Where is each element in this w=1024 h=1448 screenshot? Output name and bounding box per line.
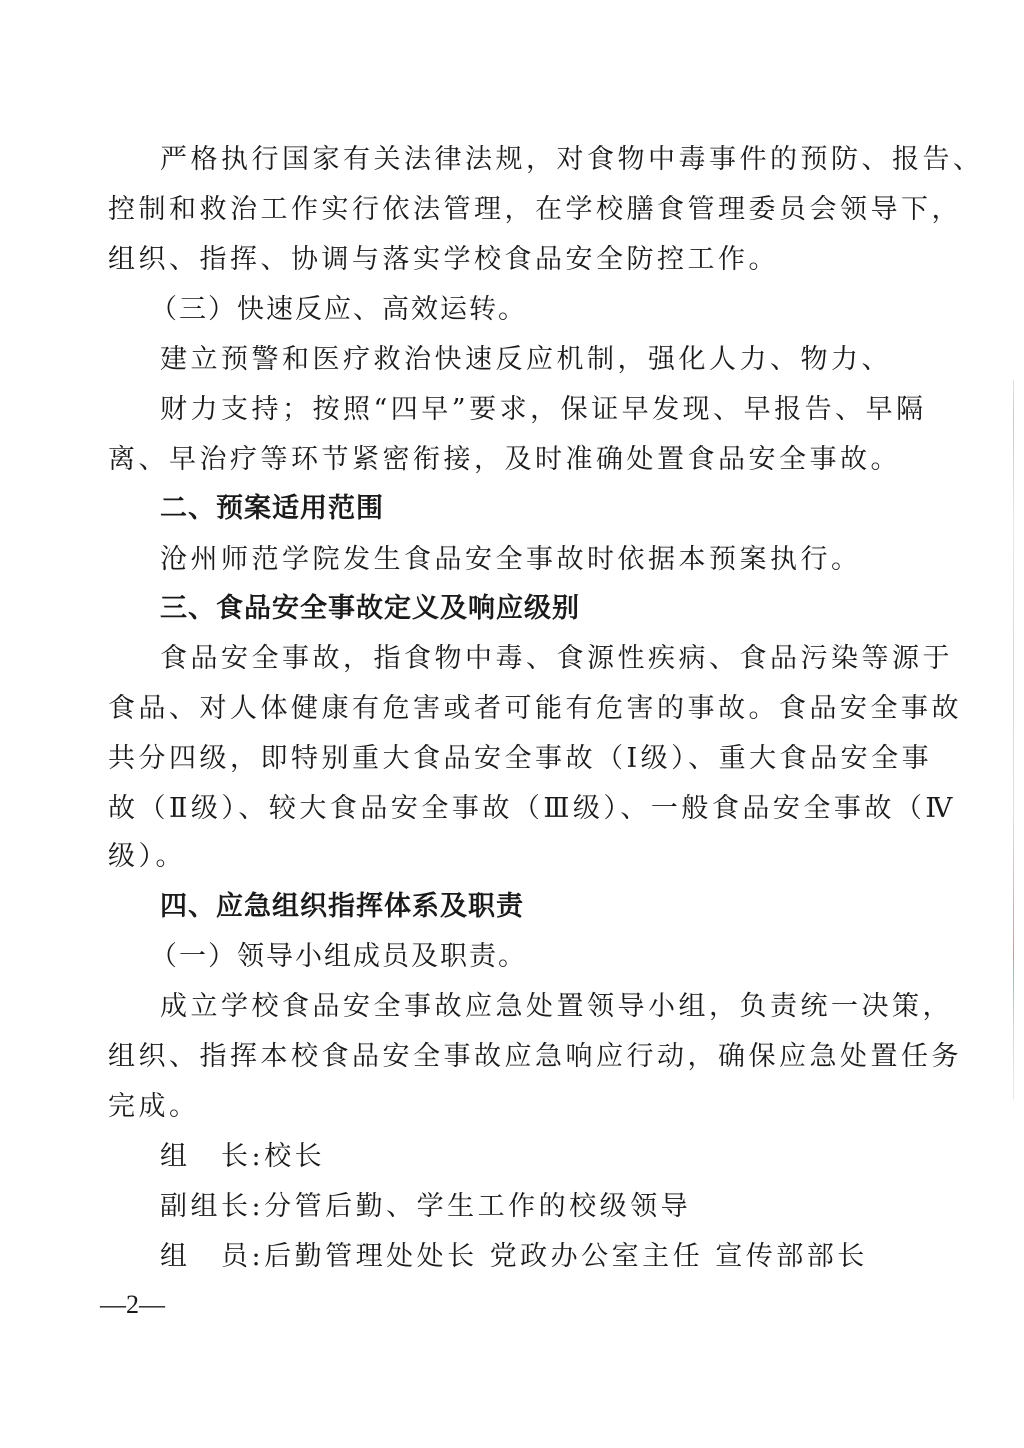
paragraph-line: 食品安全事故，指食物中毒、食源性疾病、食品污染等源于 [160,642,953,676]
paragraph-line: 财力支持；按照“四早”要求，保证早发现、早报告、早隔 [160,393,927,427]
scan-edge-artifact [1013,380,1014,1100]
paragraph-line: 完成。 [108,1090,200,1124]
paragraph-line: 食品、对人体健康有危害或者可能有危害的事故。食品安全事故 [108,692,962,726]
section-heading: 四、应急组织指挥体系及职责 [160,890,524,924]
member-line-leader: 组 长:校长 [160,1140,325,1174]
member-line-members: 组 员:后勤管理处处长 党政办公室主任 宣传部部长 [160,1240,868,1274]
paragraph-line: 组织、指挥、协调与落实学校食品安全防控工作。 [108,243,779,277]
page-number: —2— [100,1290,165,1320]
paragraph-line: 控制和救治工作实行依法管理，在学校膳食管理委员会领导下， [108,193,962,227]
paragraph-line: 沧州师范学院发生食品安全事故时依据本预案执行。 [160,543,862,577]
subsection-heading: （一）领导小组成员及职责。 [150,940,527,974]
paragraph-line: 成立学校食品安全事故应急处置领导小组，负责统一决策， [160,990,953,1024]
subsection-heading: （三）快速反应、高效运转。 [150,293,527,327]
member-line-deputy: 副组长:分管后勤、学生工作的校级领导 [160,1190,691,1224]
paragraph-line: 离、早治疗等环节紧密衔接，及时准确处置食品安全事故。 [108,443,901,477]
section-heading: 二、预案适用范围 [160,492,384,526]
paragraph-line: 共分四级，即特别重大食品安全事故（Ⅰ级）、重大食品安全事 [108,742,932,776]
section-heading: 三、食品安全事故定义及响应级别 [160,592,580,626]
paragraph-line: 建立预警和医疗救治快速反应机制，强化人力、物力、 [160,343,892,377]
document-page: 严格执行国家有关法律法规，对食物中毒事件的预防、报告、 控制和救治工作实行依法管… [0,0,1024,1448]
paragraph-line: 故（Ⅱ级）、较大食品安全事故（Ⅲ级）、一般食品安全事故（Ⅳ [108,792,956,826]
paragraph-line: 严格执行国家有关法律法规，对食物中毒事件的预防、报告、 [160,143,984,177]
paragraph-line: 组织、指挥本校食品安全事故应急响应行动，确保应急处置任务 [108,1040,962,1074]
paragraph-line: 级）。 [108,840,186,874]
